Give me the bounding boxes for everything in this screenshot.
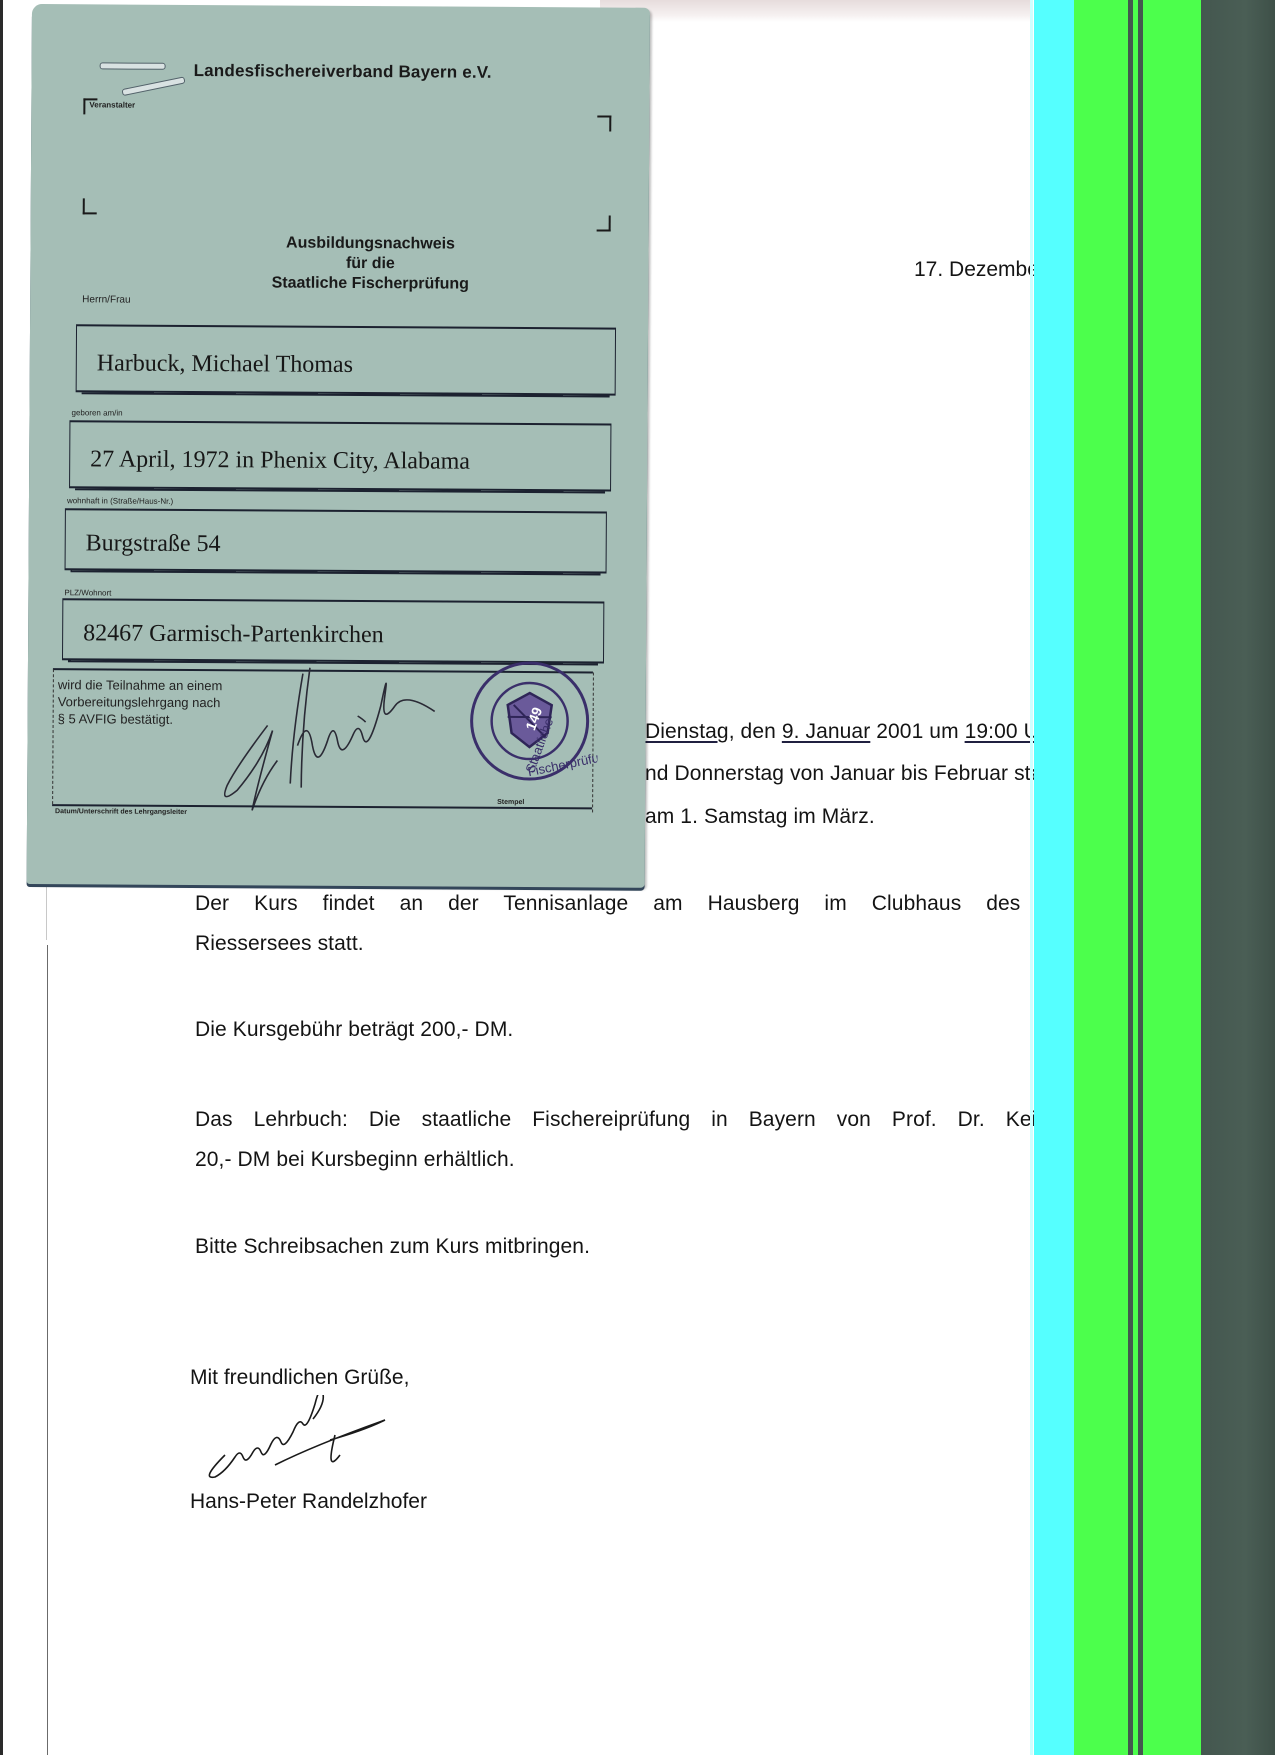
corner-mark	[83, 198, 97, 214]
scan-artifact-stripe	[1201, 0, 1275, 1755]
scan-artifact-stripe	[1030, 0, 1033, 1755]
letter-book-line-1: Das Lehrbuch: Die staatliche Fischereipr…	[195, 1108, 1135, 1132]
card-title-line: Staatliche Fischerprüfung	[180, 273, 560, 295]
sender-name: Hans-Peter Randelzhofer	[190, 1490, 427, 1514]
field-street: Burgstraße 54	[65, 508, 607, 573]
letter-schedule-line-3: am 1. Samstag im März.	[645, 805, 875, 829]
scan-artifact-stripe	[1074, 0, 1129, 1755]
corner-mark	[597, 215, 611, 231]
field-name: Harbuck, Michael Thomas	[76, 324, 616, 395]
instructor-signature	[207, 655, 468, 817]
paper-clip-icon	[121, 76, 185, 96]
letter-fee: Die Kursgebühr beträgt 200,- DM.	[195, 1018, 513, 1042]
text-segment: 2001 um	[870, 720, 964, 743]
field-value-street: Burgstraße 54	[86, 530, 221, 558]
letter-schedule-line-1: Dienstag, den 9. Januar 2001 um 19:00 Uh…	[645, 720, 1063, 744]
training-certificate-card: Landesfischereiverband Bayern e.V. Veran…	[27, 4, 650, 888]
field-label-birth: geboren am/in	[71, 408, 122, 417]
corner-mark	[597, 115, 611, 131]
field-birth: 27 April, 1972 in Phenix City, Alabama	[69, 420, 611, 491]
letter-location-line-2: Riessersees statt.	[195, 932, 364, 956]
field-value-city: 82467 Garmisch-Partenkirchen	[83, 620, 384, 649]
scan-artifact-stripe	[1143, 0, 1201, 1755]
letter-closing: Mit freundlichen Grüße,	[190, 1366, 409, 1390]
confirmation-line: § 5 AVFIG bestätigt.	[58, 710, 223, 728]
divider	[52, 669, 54, 804]
field-label-street: wohnhaft in (Straße/Haus-Nr.)	[67, 496, 173, 506]
field-label-city: PLZ/Wohnort	[64, 588, 111, 597]
letter-schedule-line-2: nd Donnerstag von Januar bis Februar sta…	[645, 762, 1060, 786]
card-title-line: Ausbildungsnachweis	[180, 233, 560, 255]
letter-book-line-2: 20,- DM bei Kursbeginn erhältlich.	[195, 1148, 515, 1172]
confirmation-line: wird die Teilnahme an einem	[58, 676, 223, 694]
card-title: Ausbildungsnachweis für die Staatliche F…	[180, 233, 560, 295]
confirmation-line: Vorbereitungslehrgang nach	[58, 693, 223, 711]
signature-label: Datum/Unterschrift des Lehrgangsleiter	[55, 808, 187, 816]
paper-clip-icon	[100, 62, 166, 69]
card-organization: Landesfischereiverband Bayern e.V.	[194, 61, 492, 83]
field-value-birth: 27 April, 1972 in Phenix City, Alabama	[90, 446, 470, 475]
weekday: Dienstag	[645, 720, 729, 743]
letter-location-line-1: Der Kurs findet an der Tennisanlage am H…	[195, 892, 1135, 916]
text-segment: , den	[729, 720, 782, 743]
scan-artifact-stripe	[1034, 0, 1074, 1755]
field-label-name: Herrn/Frau	[82, 294, 130, 305]
field-city: 82467 Garmisch-Partenkirchen	[62, 598, 604, 663]
confirmation-text: wird die Teilnahme an einem Vorbereitung…	[58, 676, 223, 728]
field-value-name: Harbuck, Michael Thomas	[97, 350, 353, 379]
letter-supplies: Bitte Schreibsachen zum Kurs mitbringen.	[195, 1235, 590, 1259]
card-title-line: für die	[180, 253, 560, 275]
official-stamp: 149 Staatliche Fischerprüfung	[467, 657, 598, 788]
stamp-label: Stempel	[497, 799, 524, 806]
sender-signature	[195, 1395, 395, 1490]
start-date: 9. Januar	[782, 720, 870, 743]
organizer-label: Veranstalter	[89, 100, 135, 109]
